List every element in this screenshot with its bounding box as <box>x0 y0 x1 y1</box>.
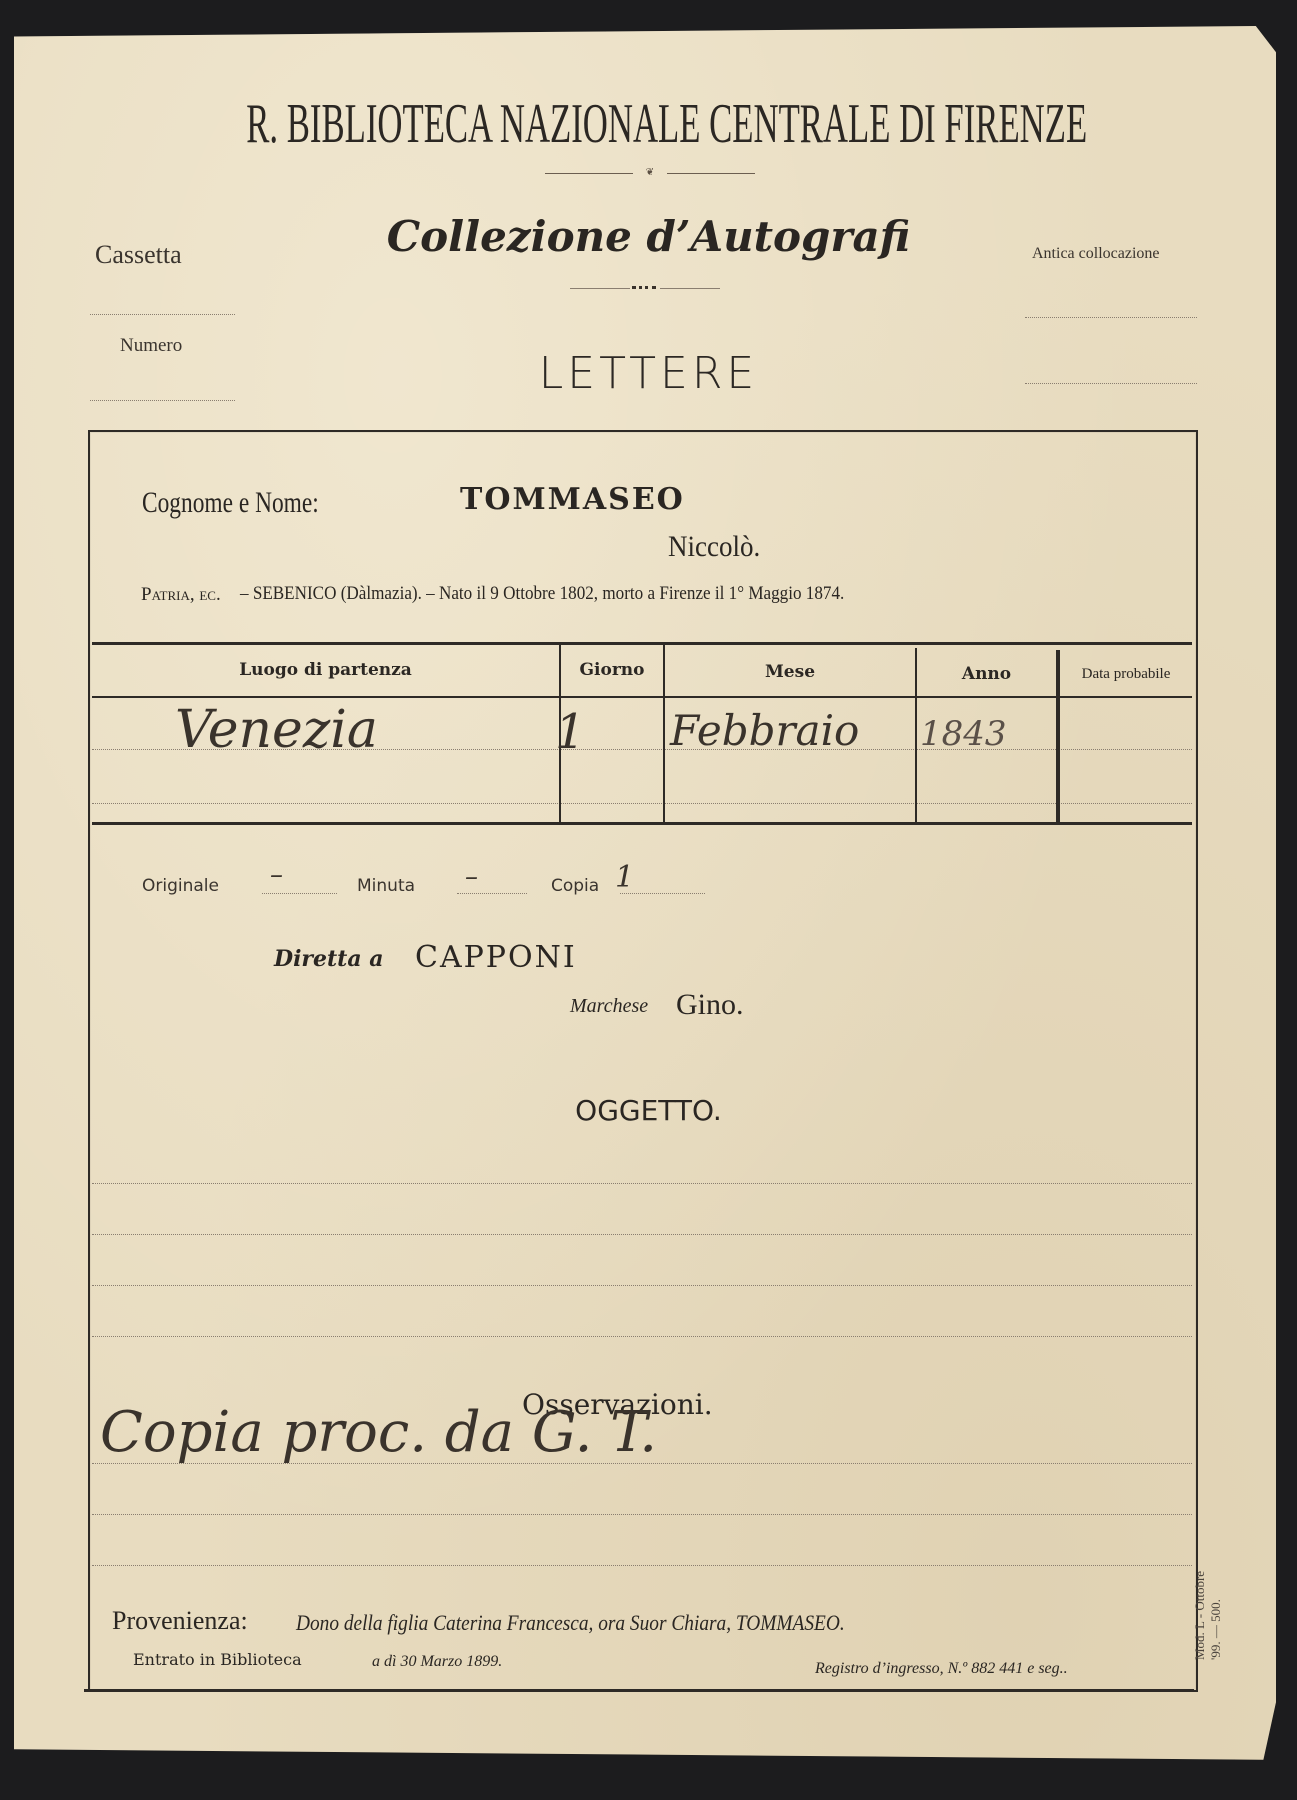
surname-value: TOMMASEO <box>460 482 685 517</box>
cell-mese[interactable]: Febbraio <box>670 706 859 755</box>
numero-field[interactable] <box>90 400 235 401</box>
minuta-label: Minuta <box>357 876 415 896</box>
header-luogo: Luogo di partenza <box>92 660 559 680</box>
recipient-given-name: Gino. <box>676 988 744 1022</box>
cell-data-probabile[interactable] <box>1062 700 1190 800</box>
header-anno: Anno <box>917 664 1056 684</box>
oggetto-line-1[interactable] <box>92 1183 1192 1184</box>
oggetto-label: OGGETTO. <box>0 1094 1297 1127</box>
cell-anno[interactable]: 1843 <box>920 714 1007 754</box>
antica-collocazione-field-1[interactable] <box>1025 317 1197 318</box>
cognome-nome-label: Cognome e Nome: <box>142 486 319 520</box>
originale-label: Originale <box>142 876 219 896</box>
table-bottom-rule <box>92 822 1192 825</box>
copia-value[interactable]: 1 <box>615 860 634 895</box>
patria-label: Patria, ec. <box>141 584 221 606</box>
oggetto-line-4[interactable] <box>92 1336 1192 1337</box>
provenienza-label: Provenienza: <box>112 1606 248 1636</box>
cassetta-field[interactable] <box>90 314 235 315</box>
frame-bottom-rule <box>84 1689 1194 1692</box>
originale-value[interactable]: – <box>270 860 283 890</box>
entrato-value: a dì 30 Marzo 1899. <box>372 1653 502 1671</box>
table-header-rule <box>92 696 1192 698</box>
table-top-rule <box>92 642 1192 645</box>
cassetta-label: Cassetta <box>95 240 182 270</box>
cell-luogo[interactable]: Venezia <box>175 700 378 760</box>
entrato-label: Entrato in Biblioteca <box>133 1650 302 1669</box>
registro-ingresso: Registro d’ingresso, N.º 882 441 e seg.. <box>815 1660 1068 1678</box>
section-title: LETTERE <box>0 348 1297 399</box>
oggetto-line-2[interactable] <box>92 1234 1192 1235</box>
fleuron-icon: ❦ <box>637 168 663 178</box>
diretta-label: Diretta a <box>274 946 384 972</box>
given-name-value: Niccolò. <box>668 530 760 564</box>
minuta-field-line <box>457 893 527 894</box>
copia-label: Copia <box>551 876 599 896</box>
originale-field-line <box>262 893 337 894</box>
header-giorno: Giorno <box>561 660 663 680</box>
header-mese: Mese <box>665 662 915 682</box>
header-data-probabile: Data probabile <box>1060 666 1192 683</box>
osservazioni-line-3[interactable] <box>92 1565 1192 1566</box>
model-code: Mod. L - Ottobre '99. — 500. <box>1192 1555 1224 1660</box>
recipient-surname: CAPPONI <box>415 940 577 975</box>
patria-value: – SEBENICO (Dàlmazia). – Nato il 9 Ottob… <box>240 583 844 605</box>
ornament-divider: ❦ <box>545 168 755 178</box>
minuta-value[interactable]: – <box>465 862 478 892</box>
osservazioni-line-2[interactable] <box>92 1514 1192 1515</box>
library-title: R. BIBLIOTECA NAZIONALE CENTRALE DI FIRE… <box>246 92 1050 156</box>
cell-giorno[interactable]: 1 <box>555 704 586 760</box>
recipient-title: Marchese <box>570 995 648 1018</box>
osservazioni-value[interactable]: Copia proc. da G. T. <box>100 1400 657 1465</box>
table-guide-line <box>92 803 1192 804</box>
antica-collocazione-field-2[interactable] <box>1025 383 1197 384</box>
osservazioni-line-1[interactable] <box>92 1463 1192 1464</box>
antica-collocazione-label: Antica collocazione <box>1032 245 1160 263</box>
dot-divider <box>570 285 720 291</box>
oggetto-line-3[interactable] <box>92 1285 1192 1286</box>
provenienza-value: Dono della figlia Caterina Francesca, or… <box>296 1610 845 1636</box>
record-frame <box>88 430 1198 1692</box>
numero-label: Numero <box>120 335 182 357</box>
